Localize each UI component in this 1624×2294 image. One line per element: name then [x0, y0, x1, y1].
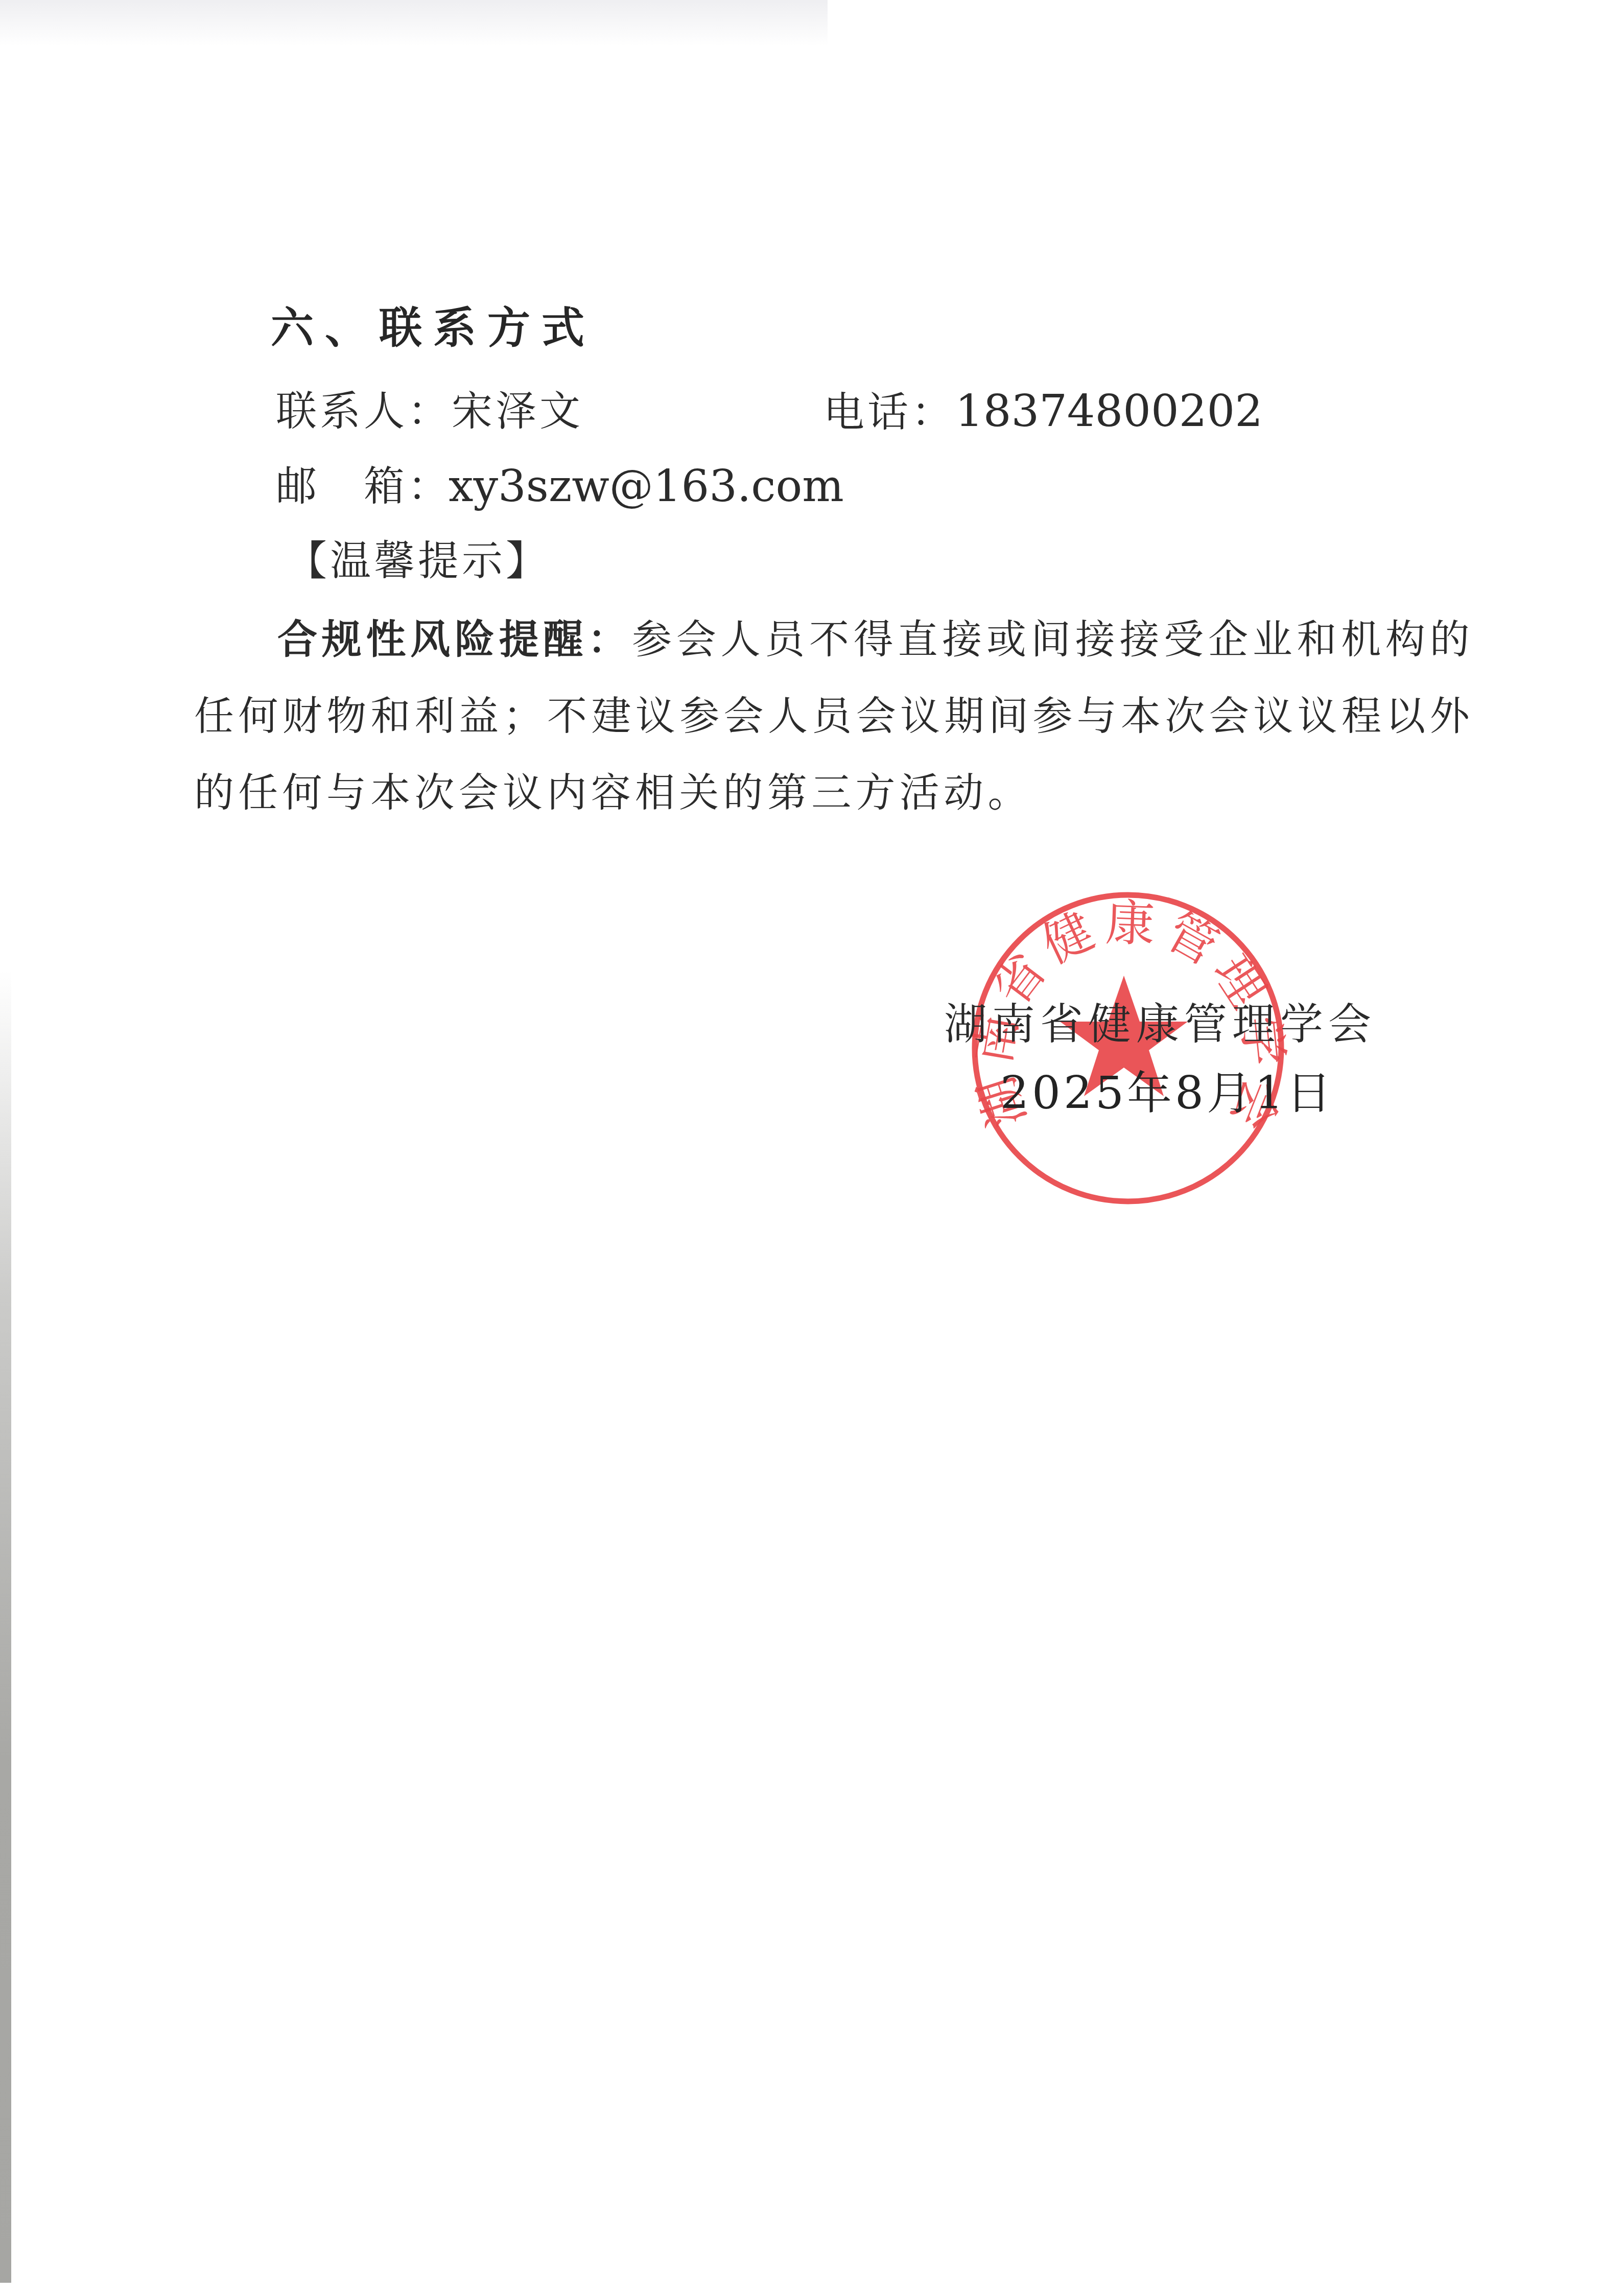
- section-heading: 六、联系方式: [271, 302, 596, 353]
- email-address: xy3szw@163.com: [449, 461, 844, 513]
- contact-phone: 电话：18374800202: [823, 386, 1263, 438]
- email-label-first: 邮: [276, 461, 320, 512]
- signature-organization: 湖南省健康管理学会: [944, 996, 1376, 1052]
- scan-artifact-top: [0, 0, 828, 46]
- contact-person-name: 宋泽文: [452, 387, 583, 435]
- notice-paragraph: 合规性风险提醒：参会人员不得直接或间接接受企业和机构的任何财物和利益；不建议参会…: [194, 602, 1474, 832]
- signature-date: 2025年8月1日: [1000, 1068, 1334, 1119]
- email-label-second: 箱：: [364, 461, 452, 512]
- notice-title: 【温馨提示】: [286, 535, 550, 586]
- notice-label: 合规性风险提醒：: [277, 617, 632, 663]
- phone-number: 18374800202: [955, 386, 1263, 437]
- scan-edge-shadow: [0, 971, 11, 2283]
- email-value: xy3szw@163.com: [449, 461, 844, 512]
- phone-label: 电话：: [823, 388, 955, 436]
- contact-person: 联系人：宋泽文: [276, 386, 583, 437]
- contact-person-label: 联系人：: [276, 387, 452, 435]
